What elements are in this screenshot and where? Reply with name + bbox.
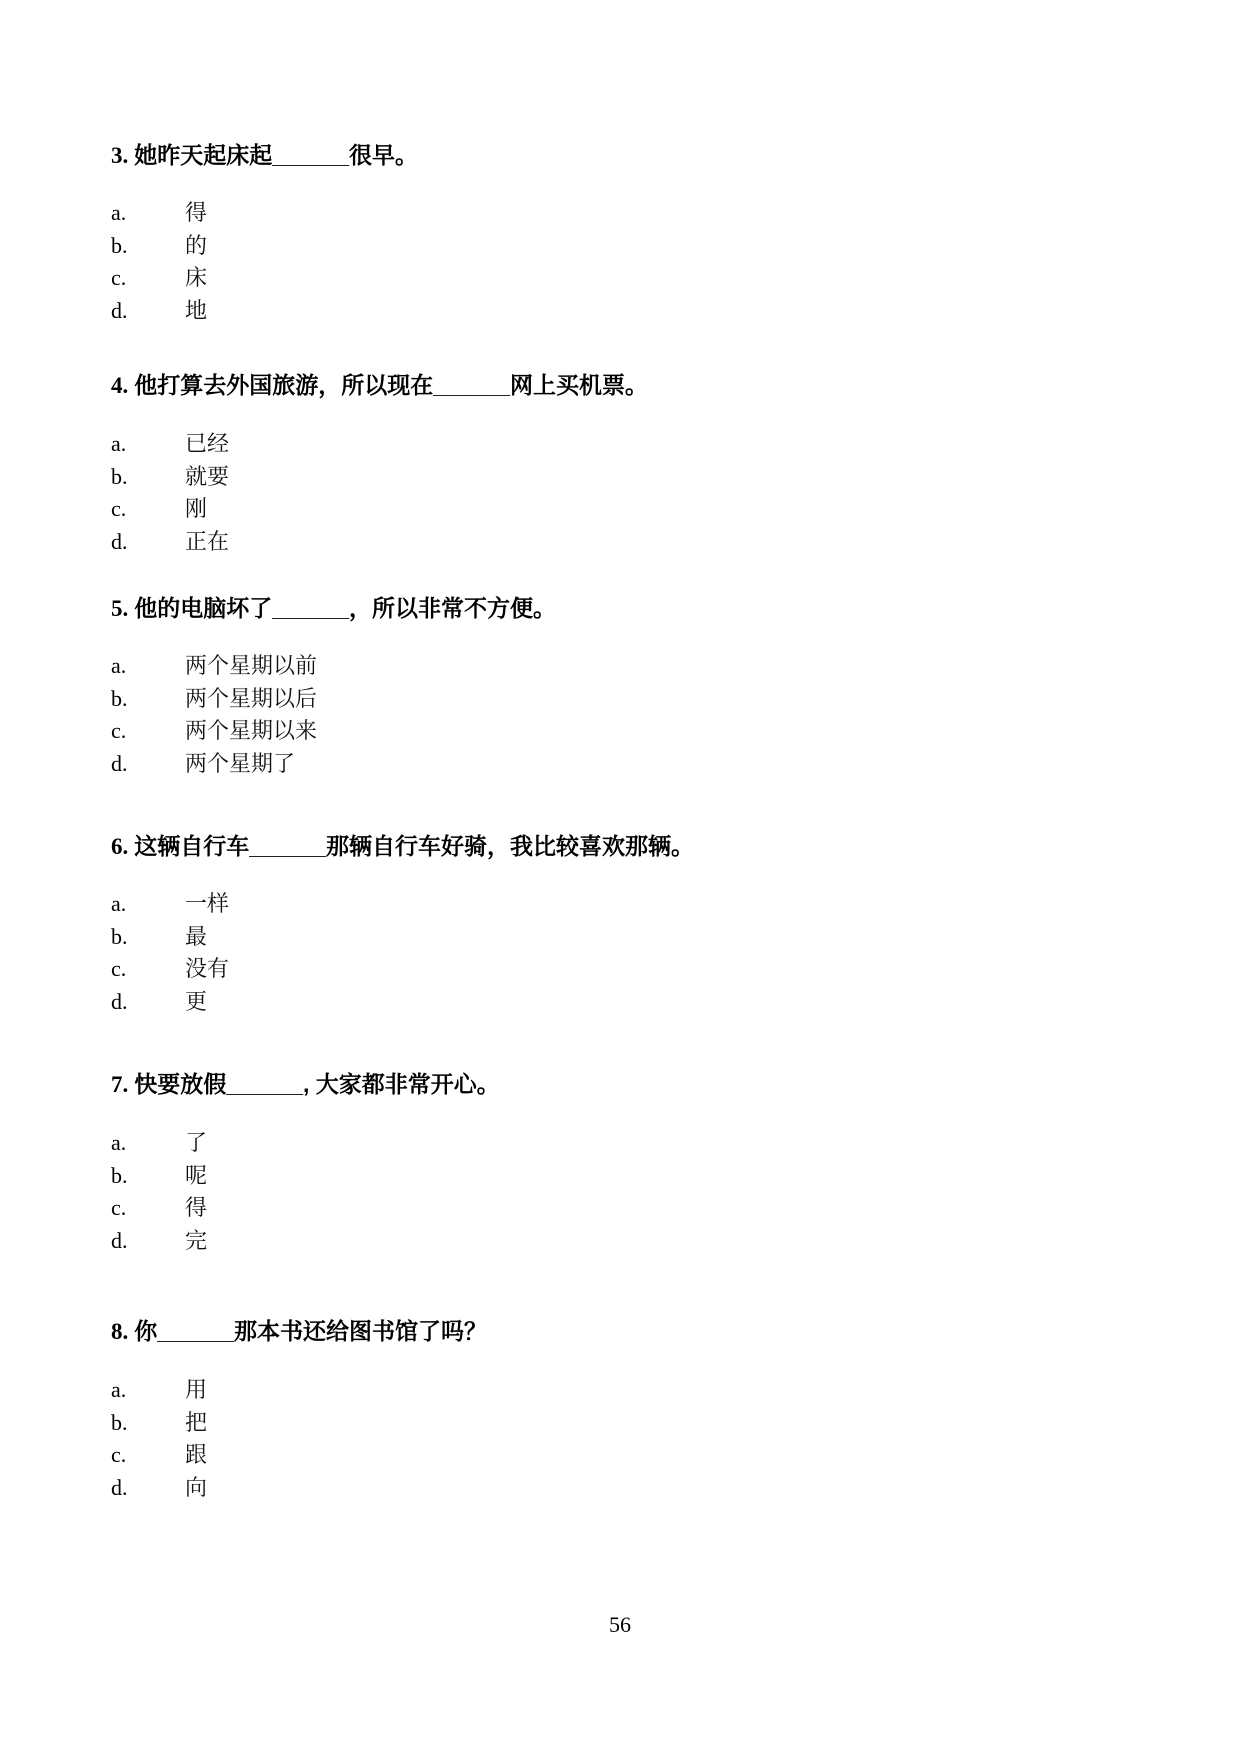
option-letter: b. xyxy=(111,921,185,953)
answer-option: d.两个星期了 xyxy=(111,748,295,780)
option-text: 已经 xyxy=(185,432,229,457)
option-text: 用 xyxy=(185,1378,207,1403)
answer-option: c.两个星期以来 xyxy=(111,715,317,747)
answer-option: a.两个星期以前 xyxy=(111,650,317,682)
option-letter: d. xyxy=(111,1225,185,1257)
question-text: 他的电脑坏了______，所以非常不方便。 xyxy=(134,595,556,621)
answer-option: b.最 xyxy=(111,921,207,953)
option-text: 得 xyxy=(185,201,207,226)
option-letter: c. xyxy=(111,262,185,294)
option-letter: b. xyxy=(111,1160,185,1192)
option-letter: d. xyxy=(111,526,185,558)
option-text: 最 xyxy=(185,925,207,950)
question-number: 4. xyxy=(111,373,128,398)
question-text: 他打算去外国旅游，所以现在______网上买机票。 xyxy=(134,372,648,398)
answer-option: b.把 xyxy=(111,1407,207,1439)
question-number: 7. xyxy=(111,1072,128,1097)
option-letter: b. xyxy=(111,230,185,262)
option-letter: d. xyxy=(111,1472,185,1504)
option-text: 向 xyxy=(185,1476,207,1501)
option-text: 呢 xyxy=(185,1164,207,1189)
option-text: 的 xyxy=(185,234,207,259)
option-letter: c. xyxy=(111,1439,185,1471)
question-text: 这辆自行车______那辆自行车好骑，我比较喜欢那辆。 xyxy=(134,833,694,859)
answer-option: c.床 xyxy=(111,262,207,294)
answer-option: b.两个星期以后 xyxy=(111,683,317,715)
option-text: 完 xyxy=(185,1229,207,1254)
question-text: 她昨天起床起______很早。 xyxy=(134,142,418,168)
answer-option: a.了 xyxy=(111,1127,207,1159)
question-5: 5.他的电脑坏了______，所以非常不方便。 xyxy=(111,590,556,623)
answer-option: b.呢 xyxy=(111,1160,207,1192)
answer-option: b.的 xyxy=(111,230,207,262)
option-text: 两个星期以后 xyxy=(185,687,317,712)
answer-option: a.已经 xyxy=(111,428,229,460)
answer-option: c.得 xyxy=(111,1192,207,1224)
option-letter: c. xyxy=(111,493,185,525)
option-text: 得 xyxy=(185,1196,207,1221)
option-letter: b. xyxy=(111,1407,185,1439)
option-text: 跟 xyxy=(185,1443,207,1468)
answer-option: d.向 xyxy=(111,1472,207,1504)
answer-option: a.用 xyxy=(111,1374,207,1406)
question-6: 6.这辆自行车______那辆自行车好骑，我比较喜欢那辆。 xyxy=(111,828,694,861)
question-number: 6. xyxy=(111,834,128,859)
question-8: 8.你______那本书还给图书馆了吗？ xyxy=(111,1313,487,1346)
option-text: 刚 xyxy=(185,497,207,522)
question-number: 3. xyxy=(111,143,128,168)
option-text: 就要 xyxy=(185,465,229,490)
option-letter: d. xyxy=(111,295,185,327)
answer-option: d.正在 xyxy=(111,526,229,558)
option-letter: b. xyxy=(111,461,185,493)
page-number: 56 xyxy=(0,1612,1240,1638)
answer-option: d.完 xyxy=(111,1225,207,1257)
option-text: 床 xyxy=(185,266,207,291)
option-letter: a. xyxy=(111,888,185,920)
answer-option: c.跟 xyxy=(111,1439,207,1471)
option-letter: a. xyxy=(111,197,185,229)
question-text: 快要放假______, 大家都非常开心。 xyxy=(134,1071,500,1097)
option-text: 两个星期以来 xyxy=(185,719,317,744)
question-3: 3.她昨天起床起______很早。 xyxy=(111,137,418,170)
question-text: 你______那本书还给图书馆了吗？ xyxy=(134,1318,487,1344)
question-7: 7.快要放假______, 大家都非常开心。 xyxy=(111,1066,500,1099)
question-number: 8. xyxy=(111,1319,128,1344)
option-text: 两个星期了 xyxy=(185,752,295,777)
option-letter: c. xyxy=(111,715,185,747)
option-letter: c. xyxy=(111,953,185,985)
option-text: 地 xyxy=(185,299,207,324)
option-letter: a. xyxy=(111,1127,185,1159)
option-text: 把 xyxy=(185,1411,207,1436)
option-text: 两个星期以前 xyxy=(185,654,317,679)
option-text: 一样 xyxy=(185,892,229,917)
question-number: 5. xyxy=(111,596,128,621)
option-letter: d. xyxy=(111,986,185,1018)
answer-option: a.一样 xyxy=(111,888,229,920)
answer-option: c.刚 xyxy=(111,493,207,525)
option-text: 了 xyxy=(185,1131,207,1156)
option-letter: b. xyxy=(111,683,185,715)
answer-option: d.地 xyxy=(111,295,207,327)
option-letter: a. xyxy=(111,1374,185,1406)
option-text: 更 xyxy=(185,990,207,1015)
answer-option: b.就要 xyxy=(111,461,229,493)
question-4: 4.他打算去外国旅游，所以现在______网上买机票。 xyxy=(111,367,648,400)
answer-option: d.更 xyxy=(111,986,207,1018)
option-text: 正在 xyxy=(185,530,229,555)
option-letter: a. xyxy=(111,650,185,682)
option-text: 没有 xyxy=(185,957,229,982)
option-letter: a. xyxy=(111,428,185,460)
answer-option: a.得 xyxy=(111,197,207,229)
answer-option: c.没有 xyxy=(111,953,229,985)
option-letter: d. xyxy=(111,748,185,780)
option-letter: c. xyxy=(111,1192,185,1224)
